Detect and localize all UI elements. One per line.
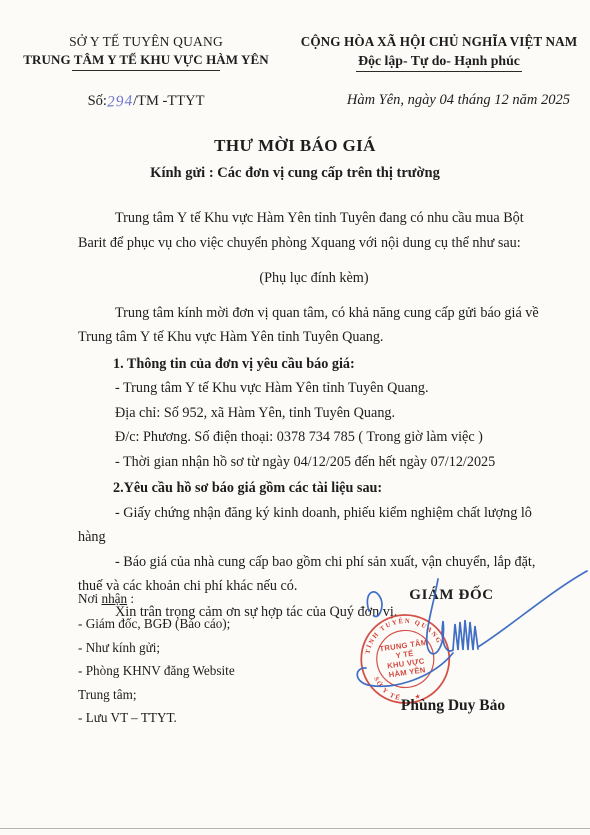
org-department: SỞ Y TẾ TUYÊN QUANG xyxy=(0,34,292,50)
ref-label: Số: xyxy=(88,93,107,109)
recipient-item: Trung tâm; xyxy=(78,684,293,705)
recipients-block: Nơi nhận : - Giám đốc, BGĐ (Báo cáo); - … xyxy=(78,588,293,728)
attachment-note: (Phụ lục đính kèm) xyxy=(78,266,550,291)
national-motto-line1: CỘNG HÒA XÃ HỘI CHỦ NGHĨA VIỆT NAM xyxy=(292,34,586,50)
recipients-list: - Giám đốc, BGĐ (Báo cáo); - Như kính gử… xyxy=(78,613,293,728)
national-header-block: CỘNG HÒA XÃ HỘI CHỦ NGHĨA VIỆT NAM Độc l… xyxy=(292,34,590,110)
section1-item: Địa chỉ: Số 952, xã Hàm Yên, tỉnh Tuyên … xyxy=(78,401,550,426)
recipient-item: - Phòng KHNV đăng Website xyxy=(78,660,293,681)
section2-heading: 2.Yêu cầu hồ sơ báo giá gồm các tài liệu… xyxy=(78,476,550,501)
scan-bottom-edge xyxy=(0,828,590,829)
salutation-line: Kính gửi : Các đơn vị cung cấp trên thị … xyxy=(0,165,590,182)
signer-name: Phùng Duy Bảo xyxy=(358,697,548,715)
recipient-item: - Lưu VT – TTYT. xyxy=(78,707,293,728)
issuing-org-block: SỞ Y TẾ TUYÊN QUANG TRUNG TÂM Y TẾ KHU V… xyxy=(0,34,292,110)
section1-item: Đ/c: Phương. Số điện thoại: 0378 734 785… xyxy=(78,425,550,450)
section1-heading: 1. Thông tin của đơn vị yêu cầu báo giá: xyxy=(78,352,550,377)
place-dateline: Hàm Yên, ngày 04 tháng 12 năm 2025 xyxy=(292,92,586,109)
ref-suffix: /TM -TTYT xyxy=(133,93,204,109)
invite-paragraph: Trung tâm kính mời đơn vị quan tâm, có k… xyxy=(78,301,550,350)
letter-body: Trung tâm Y tế Khu vực Hàm Yên tỉnh Tuyê… xyxy=(78,206,550,624)
intro-paragraph: Trung tâm Y tế Khu vực Hàm Yên tỉnh Tuyê… xyxy=(78,206,550,255)
recipients-label-underlined: nhận xyxy=(101,591,127,606)
recipient-item: - Như kính gửi; xyxy=(78,637,293,658)
section1-item: - Thời gian nhận hồ sơ từ ngày 04/12/205… xyxy=(78,450,550,475)
ref-number-handwritten: 294 xyxy=(107,92,134,111)
scanned-letter-page: SỞ Y TẾ TUYÊN QUANG TRUNG TÂM Y TẾ KHU V… xyxy=(0,0,590,835)
recipients-label: Nơi nhận : xyxy=(78,588,293,609)
reference-number-line: Số:294/TM -TTYT xyxy=(0,92,292,110)
signature-ink xyxy=(325,563,590,715)
section2-item: - Giấy chứng nhận đăng ký kinh doanh, ph… xyxy=(78,501,550,550)
recipients-label-pre: Nơi xyxy=(78,591,101,606)
section1-item: - Trung tâm Y tế Khu vực Hàm Yên tỉnh Tu… xyxy=(78,376,550,401)
recipient-item: - Giám đốc, BGĐ (Báo cáo); xyxy=(78,613,293,634)
document-title: THƯ MỜI BÁO GIÁ xyxy=(0,136,590,156)
letterhead: SỞ Y TẾ TUYÊN QUANG TRUNG TÂM Y TẾ KHU V… xyxy=(0,0,590,110)
org-center-name: TRUNG TÂM Y TẾ KHU VỰC HÀM YÊN xyxy=(0,52,292,68)
org-underline xyxy=(72,70,220,71)
national-motto-line2: Độc lập- Tự do- Hạnh phúc xyxy=(356,53,522,72)
recipients-label-post: : xyxy=(127,591,134,606)
